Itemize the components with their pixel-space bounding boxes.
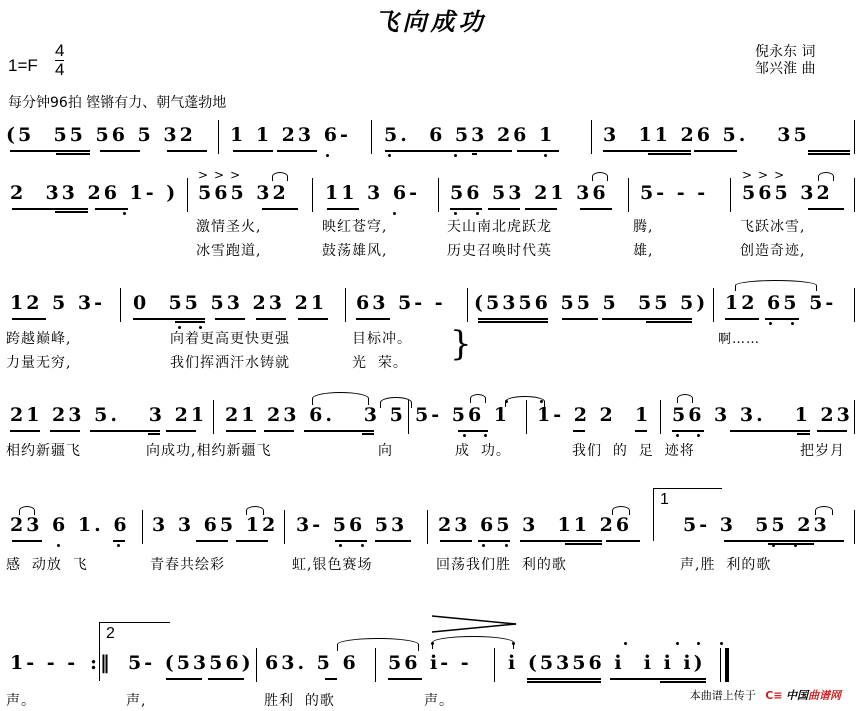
underline	[527, 678, 601, 680]
barline	[730, 178, 731, 212]
lyric: 飞跃冰雪,	[740, 216, 805, 236]
underline	[148, 433, 160, 435]
underline	[325, 678, 337, 680]
underline	[660, 681, 706, 683]
low-octave-dot	[57, 544, 60, 547]
composer: 邹兴淮 曲	[755, 61, 815, 78]
key-signature: 1=F	[8, 56, 38, 76]
high-octave-dot	[505, 400, 508, 403]
low-octave-dot	[484, 434, 487, 437]
low-octave-dot	[123, 212, 126, 215]
underline	[470, 150, 512, 152]
lyric: 光 荣。	[352, 352, 408, 372]
measure: 12 65 5-	[725, 292, 836, 314]
underline	[100, 150, 140, 152]
underline	[304, 430, 374, 432]
underline	[648, 153, 691, 155]
barline	[591, 120, 592, 154]
measure: 5- 3 55 23	[683, 514, 830, 536]
lyric: 向成功,相约新疆飞	[146, 440, 271, 460]
barline	[854, 400, 855, 434]
measure: 3 11 26 5. 35	[603, 124, 810, 146]
underline	[95, 208, 128, 210]
measure: 1- - -	[10, 652, 78, 674]
underline	[694, 150, 737, 152]
low-octave-dot	[769, 322, 772, 325]
measure: (5 55 56 5 32	[6, 124, 196, 146]
measure: 23 65 3 11 26	[438, 514, 632, 536]
accent-marks: >>>	[198, 168, 246, 182]
underline	[797, 433, 810, 435]
site-name-part2: 曲谱网	[808, 689, 841, 702]
lyric: 雄,	[633, 240, 653, 260]
barline	[854, 178, 855, 212]
underline	[580, 208, 612, 210]
time-signature-top: 4	[55, 42, 64, 61]
underline	[175, 321, 205, 323]
tempo-marking: 每分钟96拍 铿锵有力、朝气蓬勃地	[8, 92, 226, 112]
song-title: 飞向成功	[0, 2, 861, 37]
underline	[388, 678, 422, 680]
underline	[356, 318, 390, 320]
barline	[142, 510, 143, 544]
measure: 3- 56 53	[296, 514, 407, 536]
underline	[565, 543, 602, 545]
barline	[213, 400, 214, 434]
lyric: 相约新疆飞	[6, 440, 81, 460]
high-octave-dot	[720, 642, 723, 645]
barline	[526, 400, 527, 434]
barline	[494, 648, 495, 682]
low-octave-dot	[482, 544, 485, 547]
tie	[272, 172, 288, 181]
slur	[735, 280, 817, 291]
measure: 565 32	[742, 182, 833, 204]
high-octave-dot	[676, 642, 679, 645]
measure: 1- 2 2 1	[537, 404, 651, 426]
underline	[298, 318, 328, 320]
tie	[337, 638, 419, 651]
underline	[264, 430, 294, 432]
measure: 56 53 21 36	[450, 182, 609, 204]
upload-text: 本曲谱上传于	[690, 689, 756, 702]
underline	[256, 318, 286, 320]
underline	[233, 150, 273, 152]
lyric: 啊……	[718, 328, 760, 347]
low-octave-dot	[794, 544, 797, 547]
barline	[427, 510, 428, 544]
underline	[517, 150, 559, 152]
high-octave-dot	[431, 642, 434, 645]
underline	[765, 318, 799, 320]
barline	[467, 288, 468, 322]
barline	[854, 510, 855, 544]
low-octave-dot	[676, 434, 679, 437]
underline	[166, 430, 196, 432]
barline	[408, 400, 409, 434]
high-octave-dot	[624, 642, 627, 645]
underline	[606, 540, 640, 542]
underline	[635, 430, 647, 432]
high-octave-dot	[697, 642, 700, 645]
lyric: 创造奇迹,	[740, 240, 805, 260]
underline	[817, 430, 847, 432]
low-octave-dot	[361, 544, 364, 547]
low-octave-dot	[388, 154, 391, 157]
underline	[520, 540, 602, 542]
measure: 21 23 6. 3 5	[225, 404, 406, 426]
underline	[525, 208, 557, 210]
lyric: 天山南北虎跃龙	[447, 216, 552, 236]
underline	[602, 318, 692, 320]
low-octave-dot	[697, 434, 700, 437]
underline	[215, 318, 245, 320]
tie	[818, 172, 834, 181]
underline	[646, 321, 692, 323]
lyric: 目标冲。	[352, 328, 412, 348]
measure: 63 5- -	[356, 292, 446, 314]
lyric: 历史召唤时代英	[447, 240, 552, 260]
underline	[472, 153, 477, 155]
underline	[277, 150, 317, 152]
time-signature: 4 4	[55, 42, 64, 79]
measure: i (5356 i i i i)	[508, 652, 706, 674]
underline	[603, 150, 691, 152]
lyric: 声。	[424, 690, 454, 710]
underline	[478, 321, 548, 323]
underline	[808, 153, 850, 155]
underline	[562, 318, 598, 320]
tie	[470, 394, 486, 403]
low-octave-dot	[476, 212, 479, 215]
underline	[236, 540, 268, 542]
measure: 56 3 3. 1 23	[672, 404, 853, 426]
underline	[573, 430, 585, 432]
lyric: 力量无穷,	[6, 352, 71, 372]
underline	[166, 678, 202, 680]
lyric: 向	[378, 440, 393, 460]
credits: 倪永东 词 邹兴淮 曲	[755, 44, 815, 78]
lyric: 胜利 的歌	[264, 690, 335, 710]
high-octave-dot	[540, 400, 543, 403]
tie	[592, 172, 608, 181]
measure: 1 1 23 6-	[230, 124, 351, 146]
final-barline	[720, 648, 726, 682]
underline	[610, 678, 706, 680]
lyricist: 倪永东 词	[755, 44, 815, 61]
underline	[725, 318, 759, 320]
underline	[12, 540, 42, 542]
measure: 11 3 6-	[325, 182, 420, 204]
lyric: 声,胜 利的歌	[680, 554, 771, 574]
underline	[440, 540, 472, 542]
lyric: 虹,银色赛场	[292, 554, 372, 574]
lyric: 回荡我们胜 利的歌	[436, 554, 567, 574]
underline	[10, 430, 40, 432]
barline	[713, 288, 714, 322]
barline	[345, 288, 346, 322]
barline	[854, 288, 855, 322]
decrescendo-icon	[430, 614, 520, 634]
barline	[284, 510, 285, 544]
underline	[478, 318, 548, 320]
measure: 63. 5 6	[265, 652, 359, 674]
measure: 565 32	[198, 182, 289, 204]
underline	[226, 430, 256, 432]
underline	[724, 540, 814, 542]
underline	[12, 318, 46, 320]
measure: 12 5 3-	[10, 292, 105, 314]
underline	[672, 430, 704, 432]
barline	[187, 178, 188, 212]
underline	[335, 540, 367, 542]
lyric: 青春共绘彩	[150, 554, 225, 574]
underline	[55, 211, 88, 213]
underline	[56, 153, 90, 155]
repeat-brace: }	[450, 324, 472, 364]
slur	[432, 636, 514, 649]
low-octave-dot	[117, 544, 120, 547]
underline	[527, 681, 601, 683]
high-octave-dot	[512, 642, 515, 645]
measure: 3 3 65 12	[152, 514, 278, 536]
accent-marks: >>>	[742, 168, 790, 182]
lyric: 向着更高更快更强	[170, 328, 290, 348]
barline	[371, 120, 372, 154]
underline	[362, 433, 374, 435]
low-octave-dot	[772, 544, 775, 547]
barline	[120, 288, 121, 322]
barline	[375, 648, 376, 682]
source-watermark: 本曲谱上传于 C≡ 中国曲谱网	[690, 687, 841, 703]
underline	[478, 540, 510, 542]
underline	[113, 540, 125, 542]
low-octave-dot	[463, 434, 466, 437]
lyric: 跨越巅峰,	[6, 328, 71, 348]
low-octave-dot	[544, 154, 547, 157]
underline	[808, 208, 844, 210]
underline	[133, 318, 205, 320]
underline	[458, 430, 488, 432]
measure: 0 55 53 23 21	[133, 292, 327, 314]
time-signature-bottom: 4	[55, 61, 64, 79]
lyric: 我们 的 足 迹将	[572, 440, 695, 460]
underline	[327, 208, 359, 210]
low-octave-dot	[454, 154, 457, 157]
measure: 5. 6 53 26 1	[384, 124, 555, 146]
barline	[256, 648, 257, 682]
measure: 5- 56 1	[415, 404, 510, 426]
underline	[12, 208, 88, 210]
measure: (5356 55 5 55 5)	[474, 292, 708, 314]
underline	[808, 540, 844, 542]
barline	[854, 120, 855, 154]
lyric: 声。	[6, 690, 36, 710]
underline	[208, 678, 244, 680]
measure: 2 33 26 1- )	[10, 182, 178, 204]
lyric: 把岁月	[800, 440, 845, 460]
underline	[808, 150, 850, 152]
underline	[196, 540, 228, 542]
underline	[730, 430, 810, 432]
site-name-part1: 中国	[786, 689, 808, 702]
underline	[50, 430, 80, 432]
low-octave-dot	[339, 544, 342, 547]
lyric: 成 功。	[455, 440, 511, 460]
low-octave-dot	[393, 212, 396, 215]
measure: 5- (5356)	[128, 652, 254, 674]
underline	[10, 150, 90, 152]
underline	[450, 208, 482, 210]
low-octave-dot	[454, 212, 457, 215]
barline	[218, 120, 219, 154]
lyric: 映红苍穹,	[322, 216, 387, 236]
measure: 23 6 1. 6	[10, 514, 130, 536]
underline	[90, 430, 160, 432]
lyric: 感 动放 飞	[6, 554, 88, 574]
underline	[375, 540, 411, 542]
lyric: 声,	[126, 690, 146, 710]
lyric: 激情圣火,	[196, 216, 261, 236]
barline	[660, 400, 661, 434]
barline	[438, 178, 439, 212]
measure: 5- - -	[640, 182, 708, 204]
low-octave-dot	[505, 544, 508, 547]
barline	[628, 178, 629, 212]
low-octave-dot	[326, 154, 329, 157]
lyric: 我们挥洒汗水铸就	[170, 352, 290, 372]
measure: 56 i- -	[388, 652, 472, 674]
barline	[312, 178, 313, 212]
site-logo-icon: C≡	[765, 689, 782, 702]
underline	[262, 208, 298, 210]
lyric: 鼓荡雄风,	[322, 240, 387, 260]
low-octave-dot	[791, 322, 794, 325]
tie	[677, 394, 693, 403]
underline	[385, 150, 475, 152]
measure: 21 23 5. 3 21	[10, 404, 207, 426]
lyric: 腾,	[633, 216, 653, 236]
underline	[488, 208, 520, 210]
underline	[167, 150, 207, 152]
lyric: 冰雪跑道,	[196, 240, 261, 260]
